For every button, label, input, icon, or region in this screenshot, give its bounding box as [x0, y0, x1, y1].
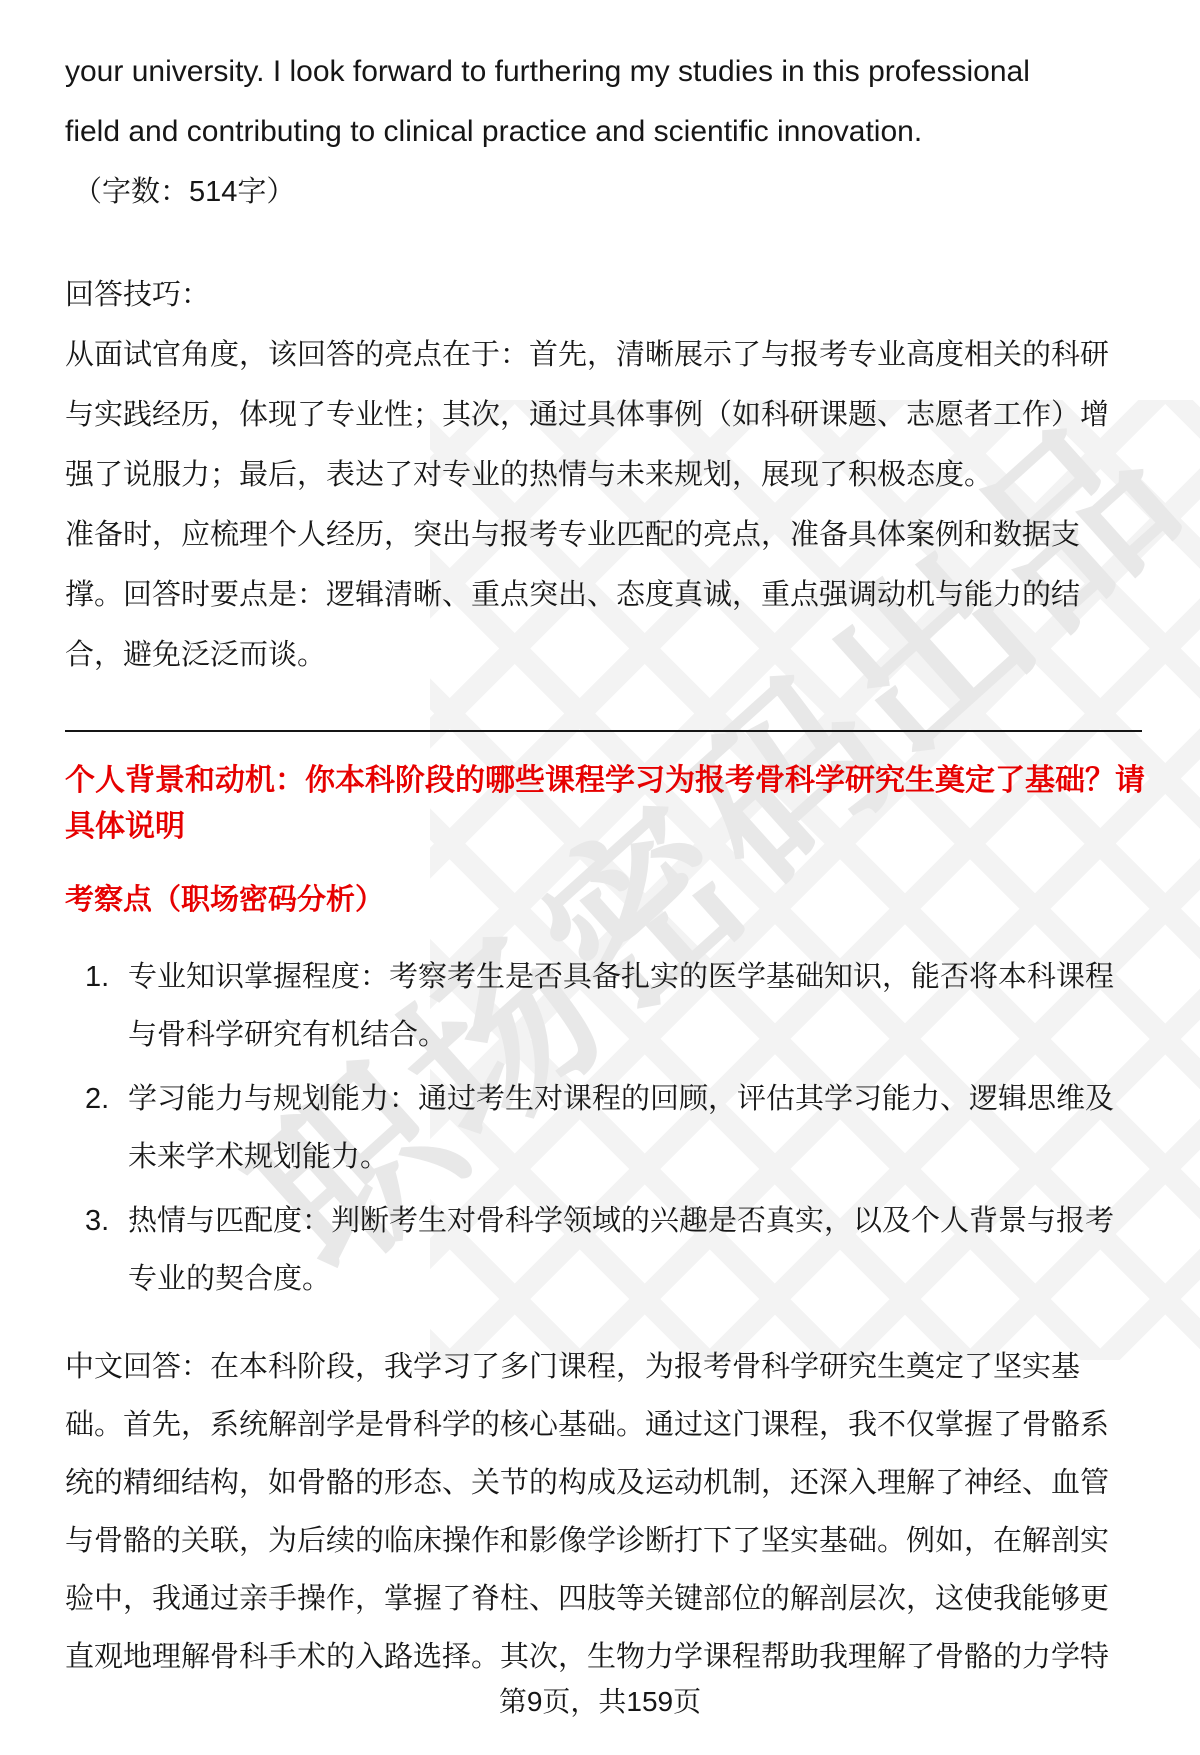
- section-divider: [65, 730, 1142, 732]
- paragraph-line: 验中，我通过亲手操作，掌握了脊柱、四肢等关键部位的解剖层次，这使我能够更: [65, 1570, 1142, 1628]
- list-item-number: 3.: [85, 1192, 128, 1308]
- paragraph-line: your university. I look forward to furth…: [65, 42, 1142, 102]
- paragraph-line: 与骨科学研究有机结合。: [128, 1006, 1114, 1064]
- exam-points-heading: 考察点（职场密码分析）: [65, 870, 1142, 930]
- list-item-text: 学习能力与规划能力：通过考生对课程的回顾，评估其学习能力、逻辑思维及 未来学术规…: [128, 1070, 1114, 1186]
- list-item-number: 1.: [85, 948, 128, 1064]
- exam-points-list: 1. 专业知识掌握程度：考察考生是否具备扎实的医学基础知识，能否将本科课程 与骨…: [65, 948, 1142, 1308]
- question-heading-line: 具体说明: [65, 804, 1142, 850]
- list-item: 1. 专业知识掌握程度：考察考生是否具备扎实的医学基础知识，能否将本科课程 与骨…: [85, 948, 1142, 1064]
- paragraph-line: 学习能力与规划能力：通过考生对课程的回顾，评估其学习能力、逻辑思维及: [128, 1070, 1114, 1128]
- question-heading-line: 个人背景和动机：你本科阶段的哪些课程学习为报考骨科学研究生奠定了基础？请: [65, 758, 1142, 804]
- chinese-answer-paragraph: 中文回答：在本科阶段，我学习了多门课程，为报考骨科学研究生奠定了坚实基 础。首先…: [65, 1338, 1142, 1686]
- paragraph-line: 强了说服力；最后，表达了对专业的热情与未来规划，展现了积极态度。: [65, 445, 1142, 505]
- list-item-number: 2.: [85, 1070, 128, 1186]
- paragraph-line: 统的精细结构，如骨骼的形态、关节的构成及运动机制，还深入理解了神经、血管: [65, 1454, 1142, 1512]
- paragraph-line: 撑。回答时要点是：逻辑清晰、重点突出、态度真诚，重点强调动机与能力的结: [65, 565, 1142, 625]
- paragraph-line: field and contributing to clinical pract…: [65, 102, 1142, 162]
- page-number-footer: 第9页，共159页: [0, 1682, 1200, 1722]
- list-item-text: 专业知识掌握程度：考察考生是否具备扎实的医学基础知识，能否将本科课程 与骨科学研…: [128, 948, 1114, 1064]
- english-paragraph: your university. I look forward to furth…: [65, 42, 1142, 162]
- paragraph-line: 中文回答：在本科阶段，我学习了多门课程，为报考骨科学研究生奠定了坚实基: [65, 1338, 1142, 1396]
- paragraph-line: 准备时，应梳理个人经历，突出与报考专业匹配的亮点，准备具体案例和数据支: [65, 505, 1142, 565]
- paragraph-line: 热情与匹配度：判断考生对骨科学领域的兴趣是否真实，以及个人背景与报考: [128, 1192, 1114, 1250]
- document-page: 职场密码出品 your university. I look forward t…: [0, 0, 1200, 1755]
- paragraph-line: 与骨骼的关联，为后续的临床操作和影像学诊断打下了坚实基础。例如，在解剖实: [65, 1512, 1142, 1570]
- paragraph-line: 合，避免泛泛而谈。: [65, 625, 1142, 685]
- tips-paragraph: 从面试官角度，该回答的亮点在于：首先，清晰展示了与报考专业高度相关的科研 与实践…: [65, 325, 1142, 685]
- word-count-note: （字数：514字）: [65, 162, 1142, 222]
- paragraph-line: 与实践经历，体现了专业性；其次，通过具体事例（如科研课题、志愿者工作）增: [65, 385, 1142, 445]
- question-heading: 个人背景和动机：你本科阶段的哪些课程学习为报考骨科学研究生奠定了基础？请 具体说…: [65, 758, 1142, 850]
- paragraph-line: 未来学术规划能力。: [128, 1128, 1114, 1186]
- tips-heading: 回答技巧：: [65, 265, 1142, 325]
- list-item: 2. 学习能力与规划能力：通过考生对课程的回顾，评估其学习能力、逻辑思维及 未来…: [85, 1070, 1142, 1186]
- paragraph-line: 专业的契合度。: [128, 1250, 1114, 1308]
- list-item-text: 热情与匹配度：判断考生对骨科学领域的兴趣是否真实，以及个人背景与报考 专业的契合…: [128, 1192, 1114, 1308]
- paragraph-line: 从面试官角度，该回答的亮点在于：首先，清晰展示了与报考专业高度相关的科研: [65, 325, 1142, 385]
- paragraph-line: 专业知识掌握程度：考察考生是否具备扎实的医学基础知识，能否将本科课程: [128, 948, 1114, 1006]
- paragraph-line: 直观地理解骨科手术的入路选择。其次，生物力学课程帮助我理解了骨骼的力学特: [65, 1628, 1142, 1686]
- paragraph-line: 础。首先，系统解剖学是骨科学的核心基础。通过这门课程，我不仅掌握了骨骼系: [65, 1396, 1142, 1454]
- list-item: 3. 热情与匹配度：判断考生对骨科学领域的兴趣是否真实，以及个人背景与报考 专业…: [85, 1192, 1142, 1308]
- document-content: your university. I look forward to furth…: [0, 0, 1200, 1686]
